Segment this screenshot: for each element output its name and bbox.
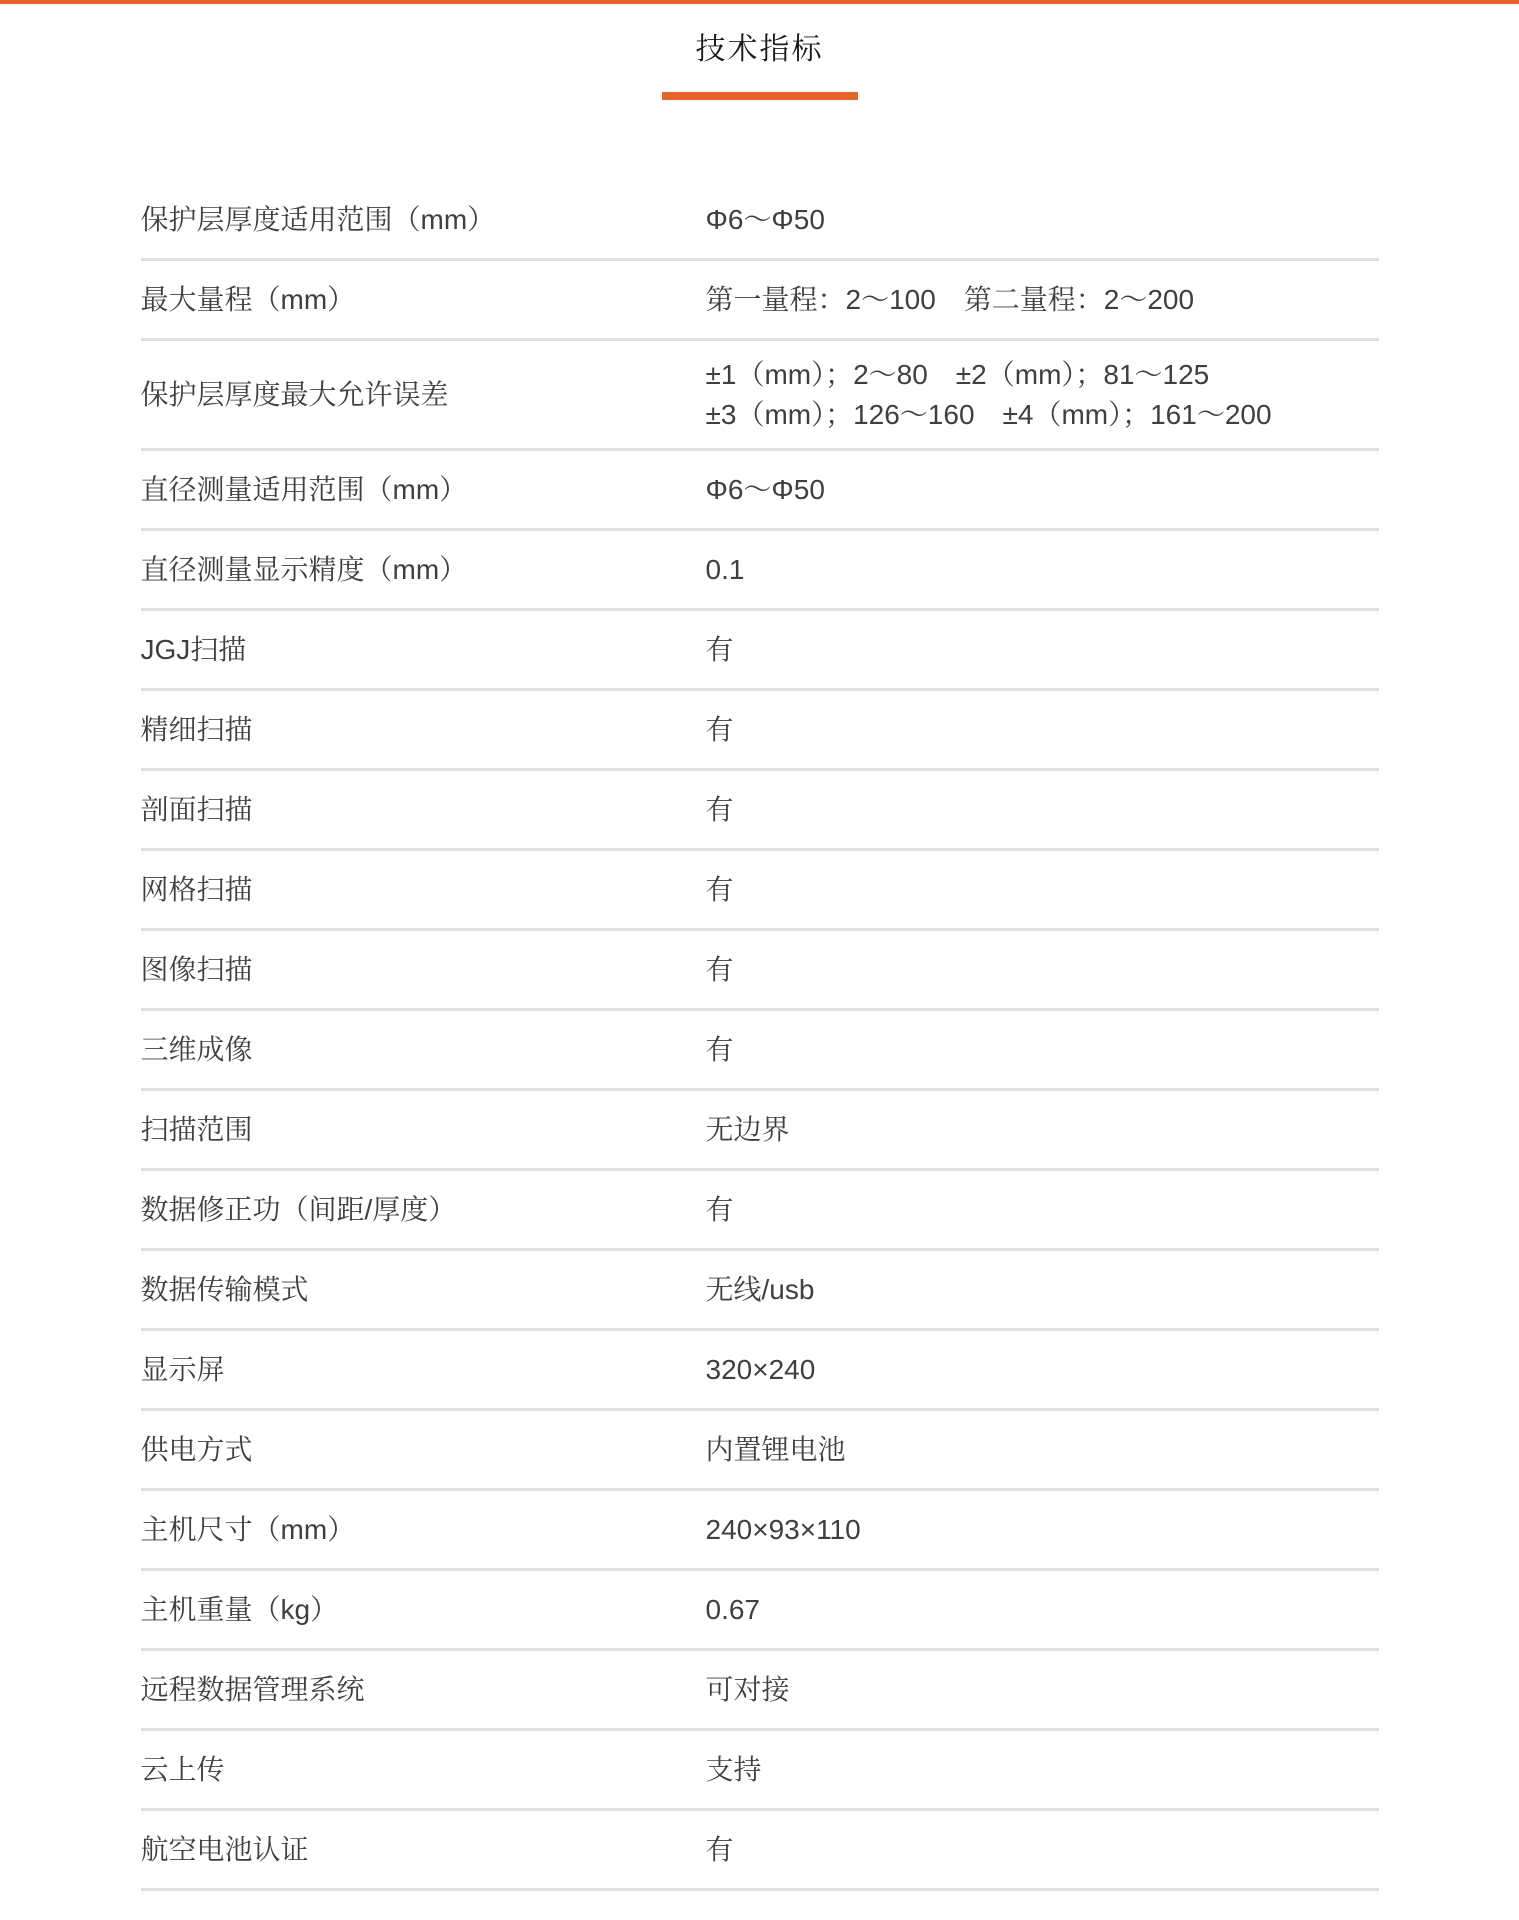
spec-label: 精细扫描 [141, 710, 706, 750]
spec-label: 数据修正功（间距/厚度） [141, 1190, 706, 1230]
spec-value: 320×240 [706, 1350, 1379, 1390]
spec-label: 图像扫描 [141, 950, 706, 990]
spec-label: JGJ扫描 [141, 630, 706, 670]
spec-value: 有 [706, 870, 1379, 910]
spec-table: 保护层厚度适用范围（mm） Φ6～Φ50 最大量程（mm） 第一量程：2～100… [141, 181, 1379, 1891]
spec-label: 三维成像 [141, 1030, 706, 1070]
table-row: 保护层厚度最大允许误差 ±1（mm）；2～80 ±2（mm）；81～125 ±3… [141, 341, 1379, 451]
spec-value: 内置锂电池 [706, 1430, 1379, 1470]
table-row: 供电方式 内置锂电池 [141, 1411, 1379, 1491]
spec-label: 扫描范围 [141, 1110, 706, 1150]
spec-value: 无线/usb [706, 1270, 1379, 1310]
table-row: 数据传输模式 无线/usb [141, 1251, 1379, 1331]
table-row: 主机重量（kg） 0.67 [141, 1571, 1379, 1651]
spec-value: 有 [706, 710, 1379, 750]
table-row: 主机尺寸（mm） 240×93×110 [141, 1491, 1379, 1571]
spec-label: 直径测量显示精度（mm） [141, 550, 706, 590]
table-row: 精细扫描 有 [141, 691, 1379, 771]
table-row: 图像扫描 有 [141, 931, 1379, 1011]
table-row: 云上传 支持 [141, 1731, 1379, 1811]
spec-value: 0.1 [706, 550, 1379, 590]
table-row: 航空电池认证 有 [141, 1811, 1379, 1891]
content-container: 技术指标 保护层厚度适用范围（mm） Φ6～Φ50 最大量程（mm） 第一量程：… [141, 4, 1379, 1891]
table-row: 剖面扫描 有 [141, 771, 1379, 851]
spec-value: 有 [706, 1190, 1379, 1230]
table-row: 三维成像 有 [141, 1011, 1379, 1091]
page-title: 技术指标 [141, 35, 1379, 65]
table-row: 最大量程（mm） 第一量程：2～100 第二量程：2～200 [141, 261, 1379, 341]
spec-value: Φ6～Φ50 [706, 470, 1379, 510]
table-row: 远程数据管理系统 可对接 [141, 1651, 1379, 1731]
title-underline-decoration [662, 92, 858, 100]
table-row: 扫描范围 无边界 [141, 1091, 1379, 1171]
spec-label: 剖面扫描 [141, 790, 706, 830]
spec-value: 有 [706, 950, 1379, 990]
table-row: 网格扫描 有 [141, 851, 1379, 931]
table-row: JGJ扫描 有 [141, 611, 1379, 691]
spec-value: 240×93×110 [706, 1510, 1379, 1550]
section-header: 技术指标 [141, 4, 1379, 100]
spec-label: 直径测量适用范围（mm） [141, 470, 706, 510]
spec-label: 远程数据管理系统 [141, 1670, 706, 1710]
table-row: 数据修正功（间距/厚度） 有 [141, 1171, 1379, 1251]
spec-value: 有 [706, 1030, 1379, 1070]
table-row: 直径测量适用范围（mm） Φ6～Φ50 [141, 451, 1379, 531]
spec-label: 航空电池认证 [141, 1830, 706, 1870]
spec-value: 有 [706, 1830, 1379, 1870]
spec-label: 网格扫描 [141, 870, 706, 910]
spec-label: 主机重量（kg） [141, 1590, 706, 1630]
spec-value: 无边界 [706, 1110, 1379, 1150]
spec-label: 保护层厚度适用范围（mm） [141, 200, 706, 240]
table-row: 直径测量显示精度（mm） 0.1 [141, 531, 1379, 611]
spec-label: 供电方式 [141, 1430, 706, 1470]
spec-value: ±1（mm）；2～80 ±2（mm）；81～125 ±3（mm）；126～160… [706, 355, 1379, 435]
spec-value: 可对接 [706, 1670, 1379, 1710]
spec-value: 有 [706, 790, 1379, 830]
spec-label: 保护层厚度最大允许误差 [141, 375, 706, 415]
table-row: 显示屏 320×240 [141, 1331, 1379, 1411]
spec-label: 最大量程（mm） [141, 280, 706, 320]
spec-value: 0.67 [706, 1590, 1379, 1630]
spec-label: 数据传输模式 [141, 1270, 706, 1310]
spec-value: Φ6～Φ50 [706, 200, 1379, 240]
spec-value: 支持 [706, 1750, 1379, 1790]
spec-label: 云上传 [141, 1750, 706, 1790]
table-row: 保护层厚度适用范围（mm） Φ6～Φ50 [141, 181, 1379, 261]
spec-value: 有 [706, 630, 1379, 670]
spec-label: 显示屏 [141, 1350, 706, 1390]
spec-value: 第一量程：2～100 第二量程：2～200 [706, 280, 1379, 320]
spec-label: 主机尺寸（mm） [141, 1510, 706, 1550]
